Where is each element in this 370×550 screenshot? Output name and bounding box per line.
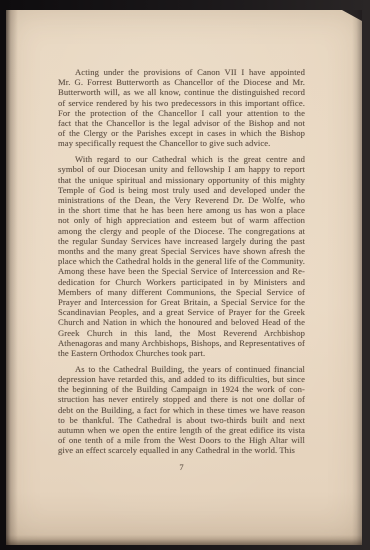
- text-line: depression have retarded this, and added…: [58, 374, 305, 384]
- text-line: Prayer and Intercession for Great Britai…: [58, 297, 305, 307]
- book-page: Acting under the provisions of Canon VII…: [6, 10, 362, 545]
- text-line: among the clergy and people of the Dioce…: [58, 226, 305, 236]
- page-edge-right: [352, 10, 362, 545]
- text-line: in the short time that he has been here …: [58, 205, 305, 215]
- text-line: struction has never entirely stopped and…: [58, 394, 305, 404]
- text-line: to be thankful. The Cathedral is about t…: [58, 415, 305, 425]
- text-line: debt on the Building, a fact for which i…: [58, 405, 305, 415]
- text-line: not only of high appreciation and esteem…: [58, 215, 305, 225]
- paragraph: Acting under the provisions of Canon VII…: [58, 67, 305, 149]
- text-line: symbol of our Diocesan unity and fellows…: [58, 164, 305, 174]
- text-line: Temple of God is being most truly used a…: [58, 185, 305, 195]
- paragraph: With regard to our Cathedral which is th…: [58, 154, 305, 358]
- text-line: Scandinavian Peoples, and a great Servic…: [58, 307, 305, 317]
- text-line: Butterworth will, as we all know, contin…: [58, 87, 305, 97]
- text-line: Mr. G. Forrest Butterworth as Chancellor…: [58, 77, 305, 87]
- text-line: may specifically request the Chancellor …: [58, 138, 305, 148]
- paragraph: As to the Cathedral Building, the years …: [58, 364, 305, 456]
- text-line: the regular Sunday Services have increas…: [58, 236, 305, 246]
- page-corner-shadow: [342, 10, 362, 21]
- text-line: Church and Nation in which the honoured …: [58, 317, 305, 327]
- text-line: Greek Church in this land, the Most Reve…: [58, 328, 305, 338]
- text-line: fact that the Chancellor is the legal ad…: [58, 118, 305, 128]
- page-edge-bottom: [6, 535, 362, 545]
- page-number: 7: [58, 462, 305, 472]
- text-block: Acting under the provisions of Canon VII…: [58, 67, 305, 456]
- text-line: the Eastern Orthodox Churches took part.: [58, 348, 305, 358]
- text-line: dedication for Church Workers participat…: [58, 277, 305, 287]
- text-line: For the protection of the Chancellor I c…: [58, 108, 305, 118]
- text-line: of one tenth of a mile from the West Doo…: [58, 435, 305, 445]
- text-line: autumn when we open the entire length of…: [58, 425, 305, 435]
- text-line: months and the many great Special Servic…: [58, 246, 305, 256]
- text-line: Among these have been the Special Servic…: [58, 266, 305, 276]
- text-line: place which the Cathedral holds in the g…: [58, 256, 305, 266]
- text-line: that the unique spiritual and missionary…: [58, 175, 305, 185]
- text-line: Acting under the provisions of Canon VII…: [58, 67, 305, 77]
- text-line: Athenagoras and many Archbishops, Bishop…: [58, 338, 305, 348]
- text-line: the beginning of the Building Campaign i…: [58, 384, 305, 394]
- text-line: of service rendered by his two predecess…: [58, 98, 305, 108]
- text-line: of the Clergy or the Parishes except in …: [58, 128, 305, 138]
- page-edge-left: [6, 10, 18, 545]
- text-line: ministrations of the Dean, the Very Reve…: [58, 195, 305, 205]
- text-line: Members of many different Communions, th…: [58, 287, 305, 297]
- text-line: give an effect scarcely equalled in any …: [58, 445, 305, 455]
- text-line: As to the Cathedral Building, the years …: [58, 364, 305, 374]
- text-line: With regard to our Cathedral which is th…: [58, 154, 305, 164]
